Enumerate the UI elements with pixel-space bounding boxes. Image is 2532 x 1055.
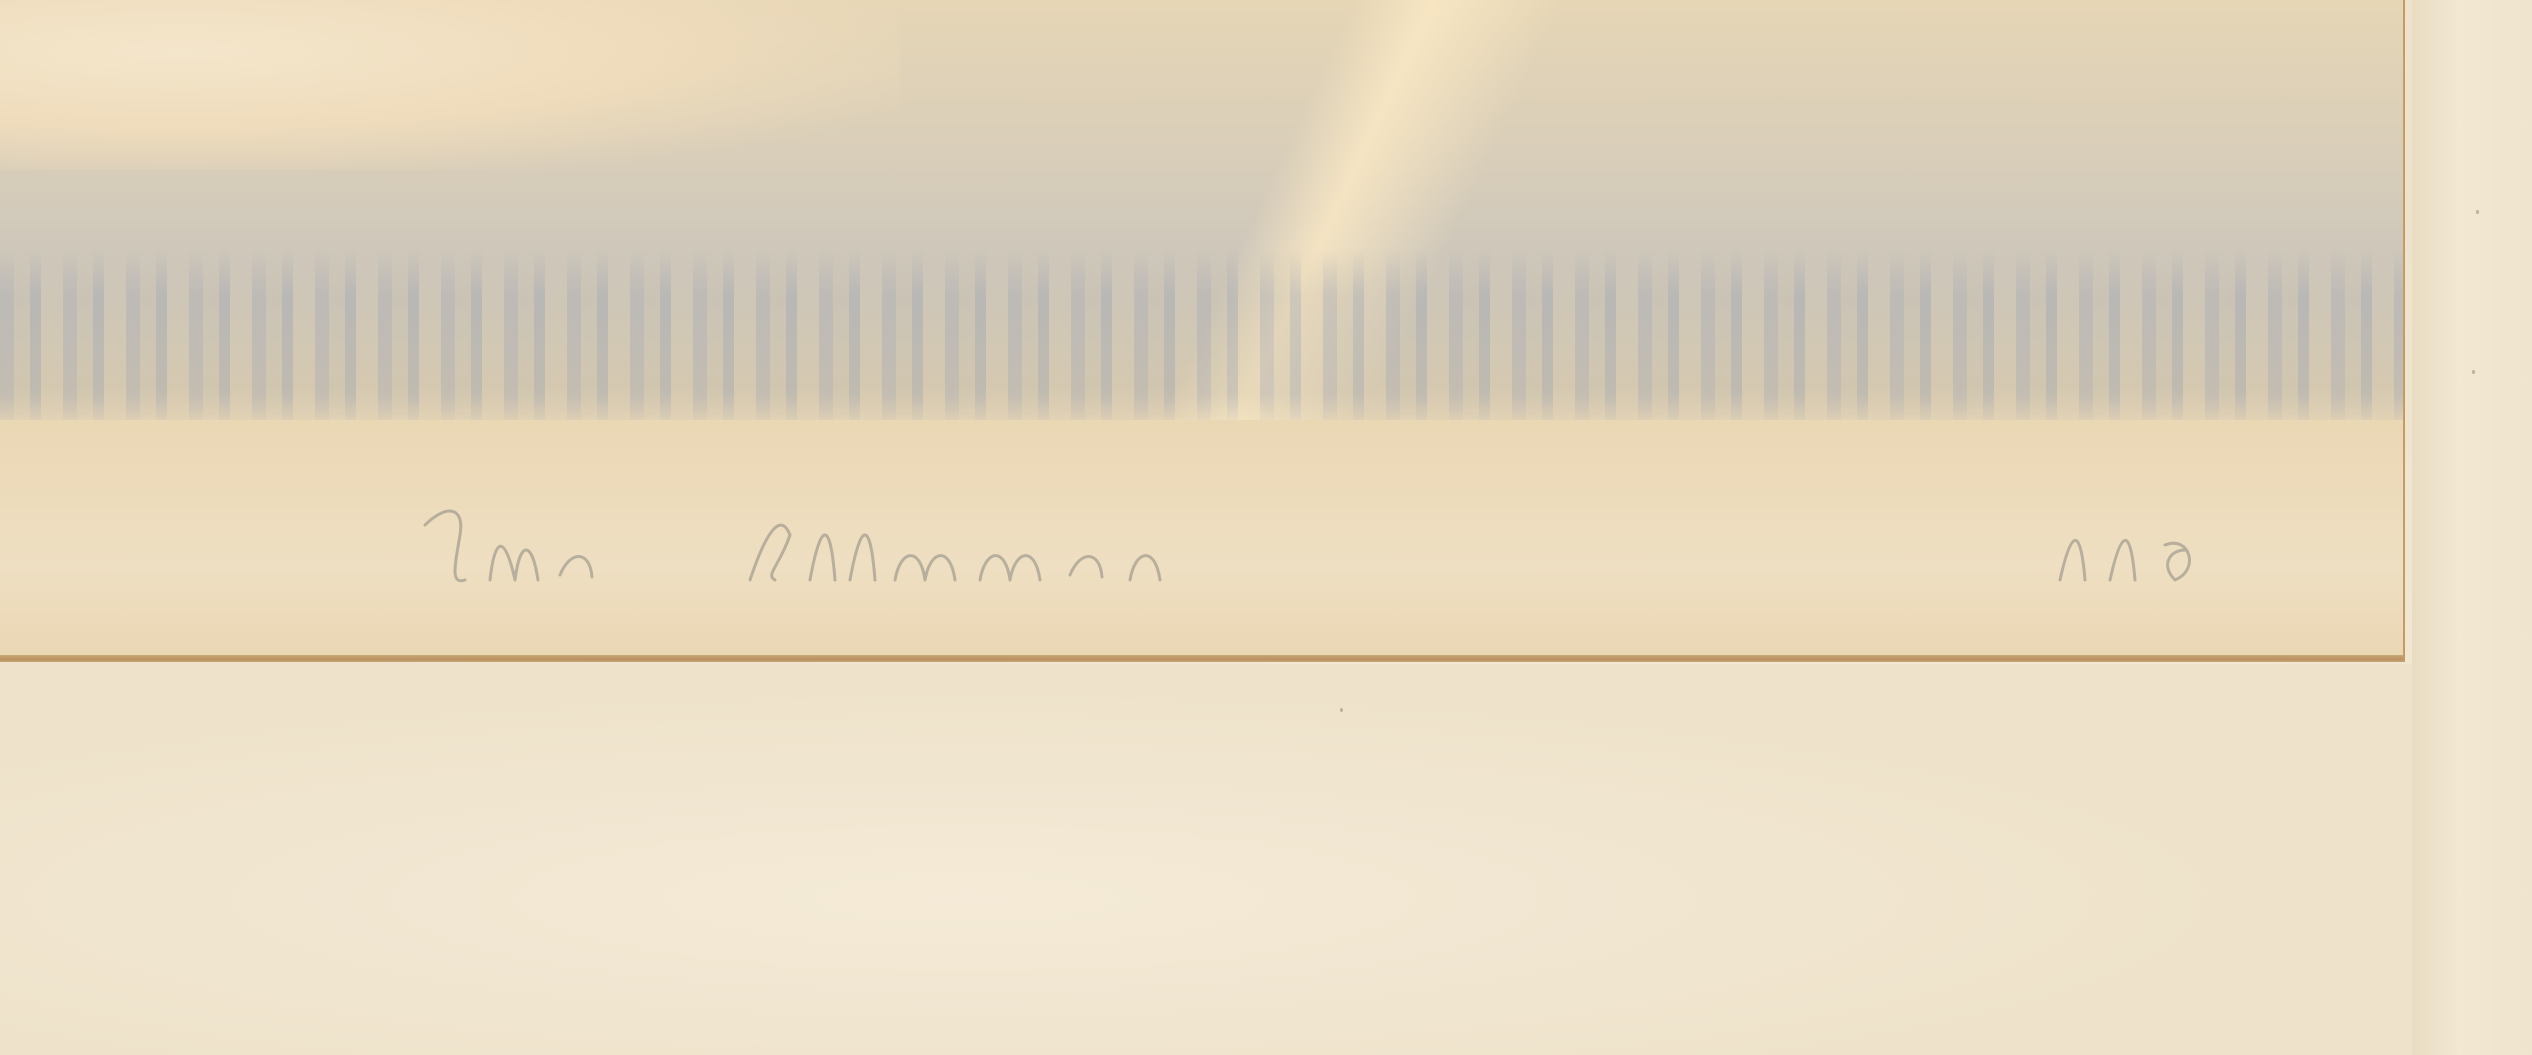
pencil-signature-marks — [420, 495, 2220, 595]
print-bottom-edge — [0, 655, 2405, 662]
mat-speck — [2472, 370, 2475, 374]
print-right-edge — [2403, 0, 2405, 662]
treeline-strokes — [0, 250, 2405, 430]
light-sky-area — [0, 0, 900, 170]
mat-speck — [1340, 708, 1343, 712]
lower-mat-area — [0, 664, 2412, 1055]
print-sheet — [0, 0, 2405, 662]
mat-right-margin — [2412, 0, 2532, 1055]
mat-speck — [2476, 210, 2479, 214]
landscape-image — [0, 0, 2405, 430]
